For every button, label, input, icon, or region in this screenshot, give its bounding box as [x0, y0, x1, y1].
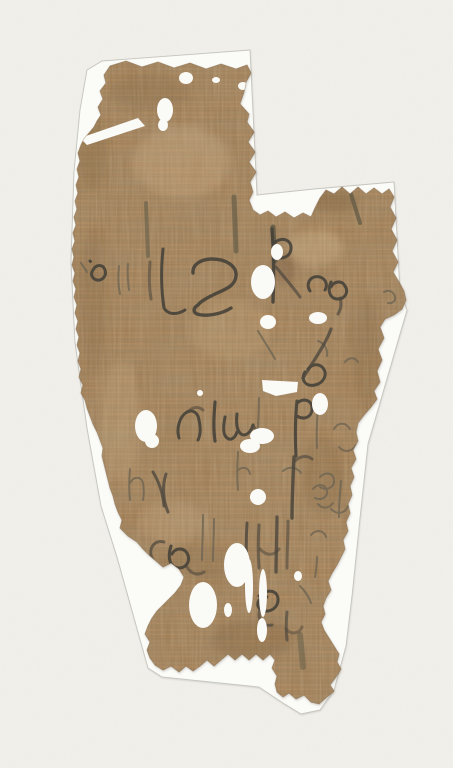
ink-stroke: [258, 525, 259, 568]
papyrus-hole: [158, 119, 168, 131]
ink-stroke: [292, 457, 294, 518]
papyrus-hole: [212, 77, 220, 83]
ink-stroke: [149, 262, 151, 299]
papyrus-scan: [0, 0, 453, 768]
ink-stroke: [129, 469, 130, 500]
papyrus-hole: [157, 98, 173, 122]
papyrus-hole: [179, 72, 193, 84]
ink-stroke: [202, 515, 203, 560]
papyrus-hole: [240, 439, 260, 453]
ink-stroke: [295, 401, 297, 456]
fiber-streak: [300, 635, 303, 667]
photo-of-papyrus-fragment: [0, 0, 453, 768]
ink-stroke: [287, 521, 288, 568]
ink-stroke: [276, 517, 277, 572]
papyrus-hole: [224, 603, 232, 617]
papyrus-hole: [260, 315, 276, 329]
papyrus-hole: [224, 543, 250, 587]
papyrus-hole: [271, 244, 283, 260]
papyrus-hole: [294, 571, 302, 581]
ink-stroke: [213, 519, 214, 561]
papyrus-hole: [309, 312, 327, 324]
tone-patch: [100, 360, 140, 480]
papyrus-hole: [312, 393, 328, 415]
papyrus-hole: [189, 582, 217, 628]
tone-patch: [110, 74, 190, 110]
tone-patch: [210, 620, 294, 660]
tone-patch: [140, 500, 204, 544]
papyrus-hole: [250, 489, 266, 505]
papyrus-hole: [145, 434, 159, 448]
fiber-streak: [146, 203, 148, 256]
ink-stroke: [90, 261, 91, 262]
ink-stroke: [286, 612, 287, 640]
tone-patch: [134, 126, 230, 198]
papyrus-hole: [259, 569, 267, 617]
papyrus-hole: [257, 618, 267, 642]
ink-stroke: [214, 402, 215, 441]
papyrus-hole: [197, 390, 203, 396]
papyrus-hole: [251, 265, 275, 299]
fiber-streak: [234, 197, 236, 251]
tone-patch: [287, 230, 343, 266]
tone-patch: [80, 225, 106, 375]
